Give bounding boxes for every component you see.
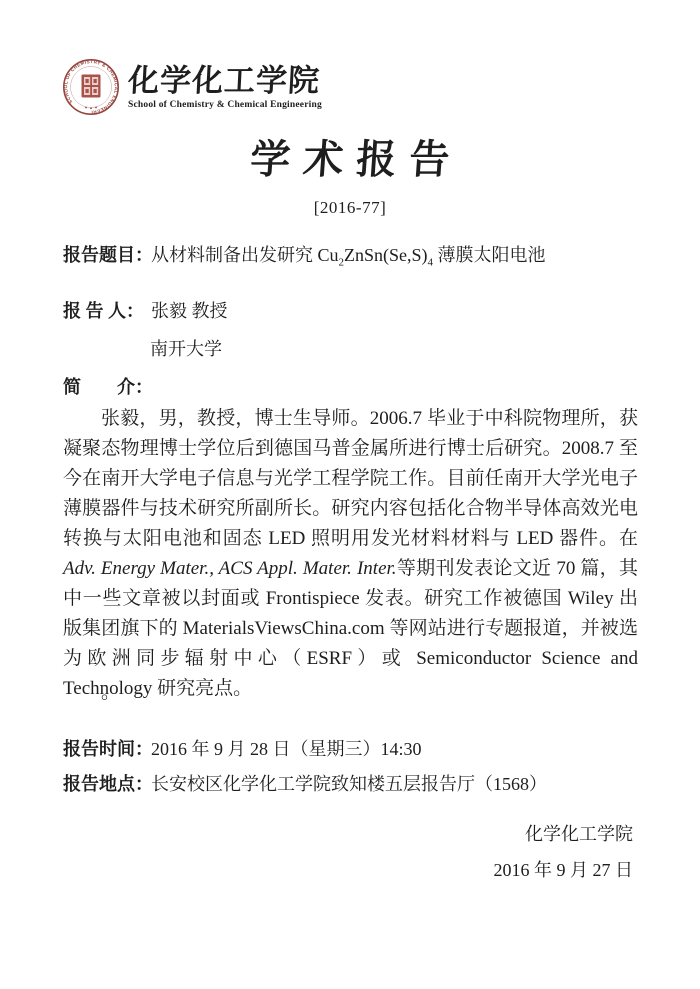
bio-trailing-period: 。	[63, 678, 638, 708]
school-name: 化学化工学院 School of Chemistry & Chemical En…	[128, 58, 322, 110]
report-time-label: 报告时间：	[63, 737, 151, 761]
report-time-value: 2016 年 9 月 28 日（星期三）14:30	[151, 737, 422, 761]
footer-organization: 化学化工学院	[525, 820, 633, 846]
speaker-row: 报 告 人： 张毅 教授	[63, 299, 228, 323]
school-name-en: School of Chemistry & Chemical Engineeri…	[128, 100, 322, 110]
speaker-label: 报 告 人：	[63, 299, 151, 323]
biography-trailing-line: 。	[63, 678, 638, 708]
report-title-seg2: ZnSn(Se,S)	[344, 245, 428, 265]
document-number: [2016-77]	[0, 198, 700, 218]
report-title-seg1: 从材料制备出发研究 Cu	[151, 245, 339, 265]
school-name-cn: 化学化工学院	[127, 64, 323, 98]
report-location-value: 长安校区化学化工学院致知楼五层报告厅（1568）	[151, 772, 547, 796]
footer-date: 2016 年 9 月 27 日	[494, 856, 634, 882]
speaker-name: 张毅 教授	[151, 299, 228, 323]
page-title: 学术报告	[0, 128, 700, 185]
school-seal-icon: SCHOOL OF CHEMISTRY & CHEMICAL ENGINEERI…	[62, 58, 120, 116]
report-location-row: 报告地点： 长安校区化学化工学院致知楼五层报告厅（1568）	[63, 772, 547, 796]
intro-label: 简 介：	[63, 375, 151, 399]
report-location-label: 报告地点：	[63, 772, 151, 796]
affiliation-text: 南开大学	[150, 337, 222, 361]
report-time-row: 报告时间： 2016 年 9 月 28 日（星期三）14:30	[63, 737, 422, 761]
report-title-row: 报告题目： 从材料制备出发研究 Cu2ZnSn(Se,S)4 薄膜太阳电池	[63, 243, 546, 267]
report-title-seg3: 薄膜太阳电池	[433, 245, 546, 265]
speaker-affiliation: 南开大学	[150, 337, 222, 361]
biography-paragraph: 张毅，男，教授，博士生导师。2006.7 毕业于中科院物理所，获凝聚态物理博士学…	[63, 404, 638, 704]
intro-row: 简 介：	[63, 375, 151, 399]
report-title-value: 从材料制备出发研究 Cu2ZnSn(Se,S)4 薄膜太阳电池	[151, 243, 546, 267]
bio-part1: 张毅，男，教授，博士生导师。2006.7 毕业于中科院物理所，获凝聚态物理博士学…	[63, 408, 638, 549]
school-logo: SCHOOL OF CHEMISTRY & CHEMICAL ENGINEERI…	[62, 58, 322, 116]
biography-text: 张毅，男，教授，博士生导师。2006.7 毕业于中科院物理所，获凝聚态物理博士学…	[63, 404, 638, 704]
bio-journal-names: Adv. Energy Mater., ACS Appl. Mater. Int…	[63, 558, 397, 579]
report-title-label: 报告题目：	[63, 243, 151, 267]
announcement-page: SCHOOL OF CHEMISTRY & CHEMICAL ENGINEERI…	[0, 0, 700, 989]
